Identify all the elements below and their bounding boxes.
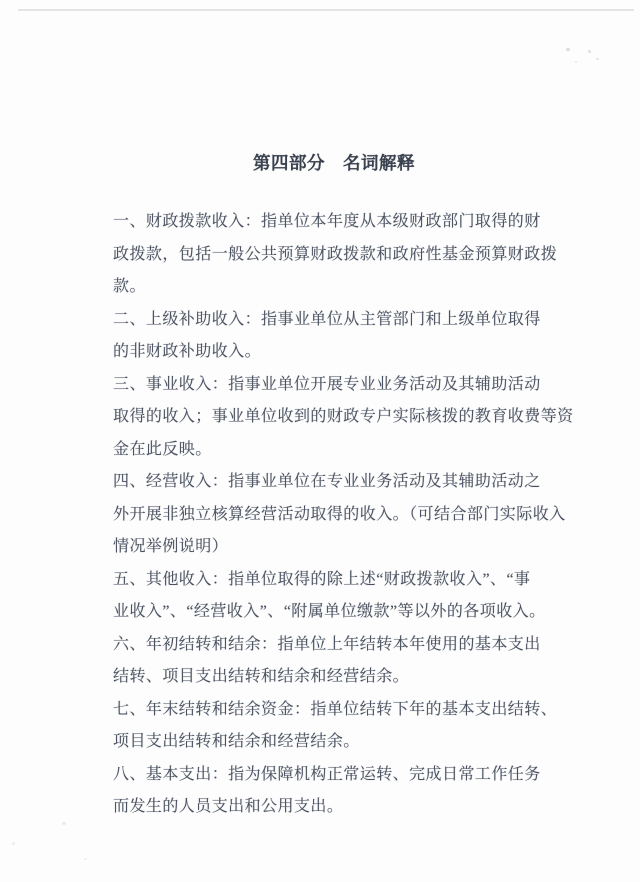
text-line: 结转、项目支出结转和结余和经营结余。 (113, 668, 409, 685)
document-title: 第四部分 名词解释 (110, 150, 558, 175)
text-line: 七、年末结转和结余资金：指单位结转下年的基本支出结转、 (113, 701, 557, 718)
paragraph: 五、其他收入：指单位取得的除上述“财政拨款收入”、“事 业收入”、“经营收入”、… (113, 564, 559, 629)
scan-speck (12, 842, 15, 845)
text-line: 取得的收入；事业单位收到的财政专户实际核拨的教育收费等资 (113, 408, 574, 425)
paragraph: 三、事业收入：指事业单位开展专业业务活动及其辅助活动 取得的收入；事业单位收到的… (113, 369, 559, 467)
scan-speck (588, 50, 591, 53)
scan-speck (566, 48, 570, 51)
text-line: 四、经营收入：指事业单位在专业业务活动及其辅助活动之 (113, 473, 541, 490)
text-line: 项目支出结转和结余和经营结余。 (113, 733, 360, 750)
paragraph: 二、上级补助收入：指事业单位从主管部门和上级单位取得 的非财政补助收入。 (113, 304, 559, 369)
text-line: 款。 (113, 278, 146, 295)
scan-speck (62, 822, 66, 825)
text-line: 一、财政拨款收入：指单位本年度从本级财政部门取得的财 (113, 213, 541, 230)
text-line: 外开展非独立核算经营活动取得的收入。（可结合部门实际收入 (113, 506, 566, 523)
text-line: 二、上级补助收入：指事业单位从主管部门和上级单位取得 (113, 311, 541, 328)
text-line: 而发生的人员支出和公用支出。 (113, 798, 343, 815)
text-line: 五、其他收入：指单位取得的除上述“财政拨款收入”、“事 (113, 571, 530, 588)
text-line: 的非财政补助收入。 (113, 343, 261, 360)
text-line: 金在此反映。 (113, 441, 212, 458)
scan-speck (596, 58, 599, 60)
text-line: 六、年初结转和结余：指单位上年结转本年使用的基本支出 (113, 636, 541, 653)
paragraph: 四、经营收入：指事业单位在专业业务活动及其辅助活动之 外开展非独立核算经营活动取… (113, 466, 559, 564)
paragraph: 八、基本支出：指为保障机构正常运转、完成日常工作任务 而发生的人员支出和公用支出… (113, 759, 559, 824)
text-line: 三、事业收入：指事业单位开展专业业务活动及其辅助活动 (113, 376, 541, 393)
text-line: 业收入”、“经营收入”、“附属单位缴款”等以外的各项收入。 (113, 603, 546, 620)
paragraph: 六、年初结转和结余：指单位上年结转本年使用的基本支出 结转、项目支出结转和结余和… (113, 629, 559, 694)
scan-edge-line (18, 9, 634, 11)
text-line: 政拨款，包括一般公共预算财政拨款和政府性基金预算财政拨 (113, 246, 557, 263)
text-line: 情况举例说明） (113, 538, 228, 555)
paragraph: 一、财政拨款收入：指单位本年度从本级财政部门取得的财 政拨款，包括一般公共预算财… (113, 206, 559, 304)
paragraph: 七、年末结转和结余资金：指单位结转下年的基本支出结转、 项目支出结转和结余和经营… (113, 694, 559, 759)
scan-speck (575, 61, 577, 63)
scan-speck (84, 858, 87, 860)
scanned-document-page: 第四部分 名词解释 一、财政拨款收入：指单位本年度从本级财政部门取得的财 政拨款… (0, 0, 640, 882)
document-body: 一、财政拨款收入：指单位本年度从本级财政部门取得的财 政拨款，包括一般公共预算财… (113, 206, 559, 824)
text-line: 八、基本支出：指为保障机构正常运转、完成日常工作任务 (113, 766, 541, 783)
